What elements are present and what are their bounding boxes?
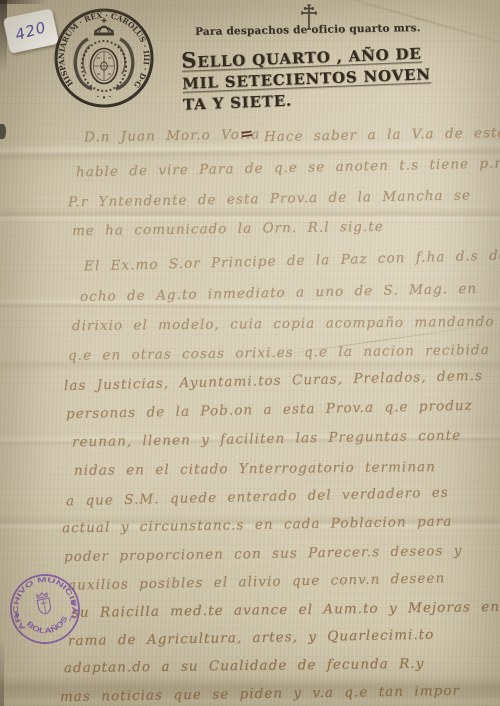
seal-shield-icon: [91, 49, 118, 84]
manuscript-line: personas de la Pob.on a esta Prov.a q.e …: [66, 398, 473, 423]
sticker-number: 420: [13, 18, 48, 44]
manuscript-line: adaptan.do a su Cualidade de fecunda R.y: [64, 656, 425, 676]
manuscript-line: poder proporcionen con sus Parecer.s des…: [64, 543, 463, 565]
manuscript-line: reunan, llenen y faciliten las Preguntas…: [72, 428, 461, 451]
manuscript-line: nidas en el citado Ynterrogatorio termin…: [74, 459, 436, 479]
scan-edge-mark: [0, 124, 6, 139]
manuscript-separator: =: [239, 123, 255, 144]
manuscript-line: Hace saber a la V.a de esta: [264, 125, 500, 145]
tax-class-line: Para despachos de oficio quarto mrs.: [195, 22, 421, 38]
manuscript-line: ocho de Ag.to inmediato a uno de S. Mag.…: [80, 281, 478, 305]
royal-seal: HISPANIARUM · REX · CAROLUS · IIII · D·G…: [52, 2, 156, 114]
manuscript-line: hable de vire Para de q.e se anoten t.s …: [76, 156, 500, 181]
manuscript-line: actual y circunstanc.s en cada Poblacion…: [62, 514, 453, 537]
svg-text:BOLAÑOS: BOLAÑOS: [24, 611, 72, 639]
seal-bottom-ornament: [97, 96, 111, 99]
manuscript-line: P.r Yntendente de esta Prov.a de la Manc…: [68, 187, 471, 210]
manuscript-line: D.n Juan Mor.o Vor.a: [84, 126, 261, 145]
manuscript-line: su Raicilla med.te avance el Aum.to y Me…: [72, 599, 500, 621]
archive-sticker: 420: [3, 8, 59, 54]
manuscript-page: 420 HISPANIARUM · REX · CAROLUS · IIII ·…: [0, 0, 500, 706]
manuscript-line: mas noticias que se piden y v.a q.e tan …: [60, 683, 460, 705]
manuscript-line: las Justicias, Ayuntami.tos Curas, Prela…: [64, 368, 483, 394]
archive-stamp: ARCHIVO MUNICIPAL BOLAÑOS: [0, 563, 91, 656]
manuscript-line: El Ex.mo S.or Principe de la Paz con f.h…: [84, 247, 500, 274]
stamp-shield-icon: [36, 592, 52, 616]
sello-quarto-block: SELLO QUARTO , AÑO DE MIL SETECIENTOS NO…: [181, 40, 432, 115]
manuscript-line: q.e en otras cosas orixi.es q.e la nacio…: [68, 342, 490, 364]
svg-text:HISPANIARUM · REX · CAROLUS ·: HISPANIARUM · REX · CAROLUS · IIII · D·G…: [52, 2, 151, 90]
manuscript-line: me ha comunicado la Orn. R.l sig.te: [72, 219, 384, 239]
scan-edge-shadow: [0, 636, 4, 706]
seal-legend: HISPANIARUM · REX · CAROLUS · IIII · D·G…: [52, 2, 151, 90]
manuscript-line: rama de Agricultura, artes, y Quarlecimi…: [68, 627, 435, 649]
manuscript-line: a que S.M. quede enterado del verdadero …: [66, 485, 449, 510]
manuscript-line: dirixio el modelo, cuia copia acompaño m…: [72, 314, 495, 334]
stamp-bottom-arc: BOLAÑOS: [24, 611, 72, 639]
scan-edge-shadow: [0, 0, 48, 4]
manuscript-line: auxilios posibles el alivio que conv.n d…: [68, 570, 446, 593]
